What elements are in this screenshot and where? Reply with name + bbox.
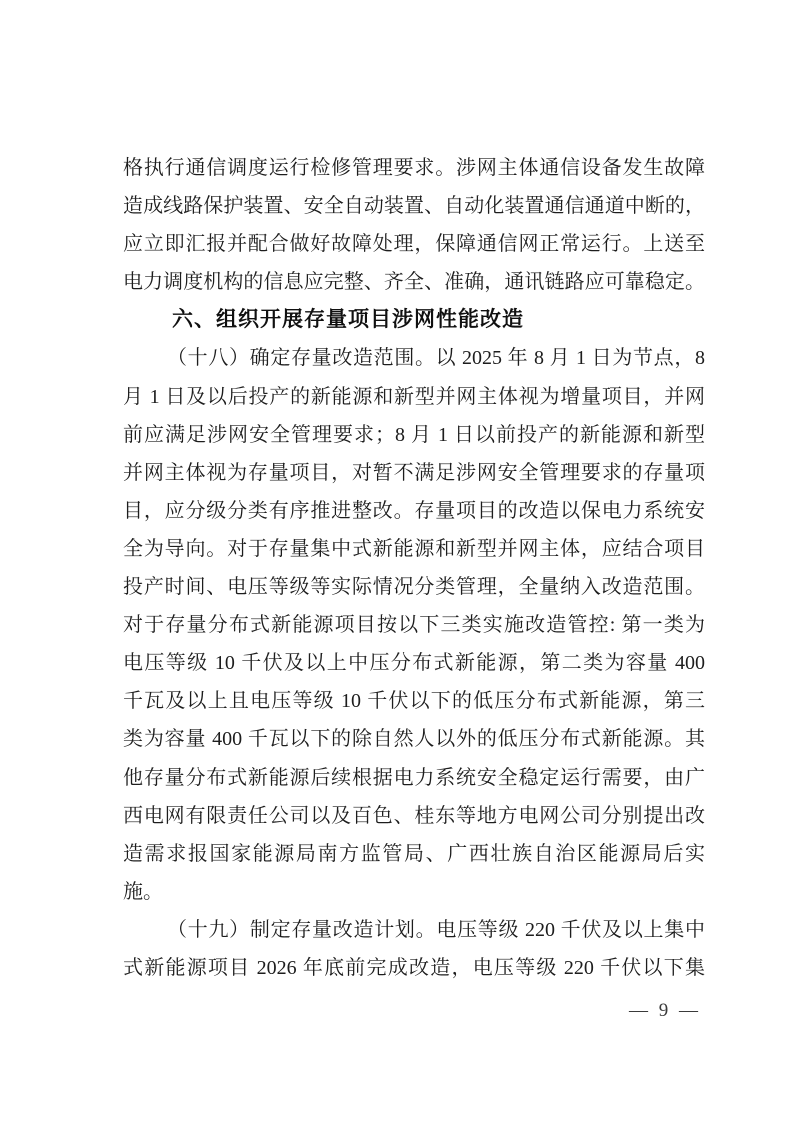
text-line: 并网主体视为存量项目，对暂不满足涉网安全管理要求的存量项 <box>123 454 705 492</box>
text-line: 前应满足涉网安全管理要求；8 月 1 日以前投产的新能源和新型 <box>123 416 705 454</box>
text-line: 施。 <box>123 873 705 911</box>
text-line: 电压等级 10 千伏及以上中压分布式新能源，第二类为容量 400 <box>123 644 705 682</box>
text-line: 对于存量分布式新能源项目按以下三类实施改造管控: 第一类为 <box>123 606 705 644</box>
text-line: 全为导向。对于存量集中式新能源和新型并网主体，应结合项目 <box>123 530 705 568</box>
text-line: 造需求报国家能源局南方监管局、广西壮族自治区能源局后实 <box>123 835 705 873</box>
document-body: 格执行通信调度运行检修管理要求。涉网主体通信设备发生故障造成线路保护装置、安全自… <box>123 149 705 987</box>
text-line: 式新能源项目 2026 年底前完成改造，电压等级 220 千伏以下集 <box>123 949 705 987</box>
document-page: 格执行通信调度运行检修管理要求。涉网主体通信设备发生故障造成线路保护装置、安全自… <box>0 0 794 1122</box>
text-line: （十八）确定存量改造范围。以 2025 年 8 月 1 日为节点，8 <box>123 339 705 377</box>
text-line: 月 1 日及以后投产的新能源和新型并网主体视为增量项目，并网 <box>123 378 705 416</box>
text-line: （十九）制定存量改造计划。电压等级 220 千伏及以上集中 <box>123 911 705 949</box>
text-line: 电力调度机构的信息应完整、齐全、准确，通讯链路应可靠稳定。 <box>123 263 705 301</box>
text-line: 造成线路保护装置、安全自动装置、自动化装置通信通道中断的， <box>123 187 705 225</box>
text-line: 他存量分布式新能源后续根据电力系统安全稳定运行需要，由广 <box>123 759 705 797</box>
page-number: — 9 — <box>629 999 701 1023</box>
text-line: 目，应分级分类有序推进整改。存量项目的改造以保电力系统安 <box>123 492 705 530</box>
text-line: 西电网有限责任公司以及百色、桂东等地方电网公司分别提出改 <box>123 797 705 835</box>
text-line: 投产时间、电压等级等实际情况分类管理，全量纳入改造范围。 <box>123 568 705 606</box>
text-line: 千瓦及以上且电压等级 10 千伏以下的低压分布式新能源，第三 <box>123 682 705 720</box>
text-line: 类为容量 400 千瓦以下的除自然人以外的低压分布式新能源。其 <box>123 720 705 758</box>
section-heading: 六、组织开展存量项目涉网性能改造 <box>123 301 705 339</box>
text-line: 格执行通信调度运行检修管理要求。涉网主体通信设备发生故障 <box>123 149 705 187</box>
text-line: 应立即汇报并配合做好故障处理，保障通信网正常运行。上送至 <box>123 225 705 263</box>
